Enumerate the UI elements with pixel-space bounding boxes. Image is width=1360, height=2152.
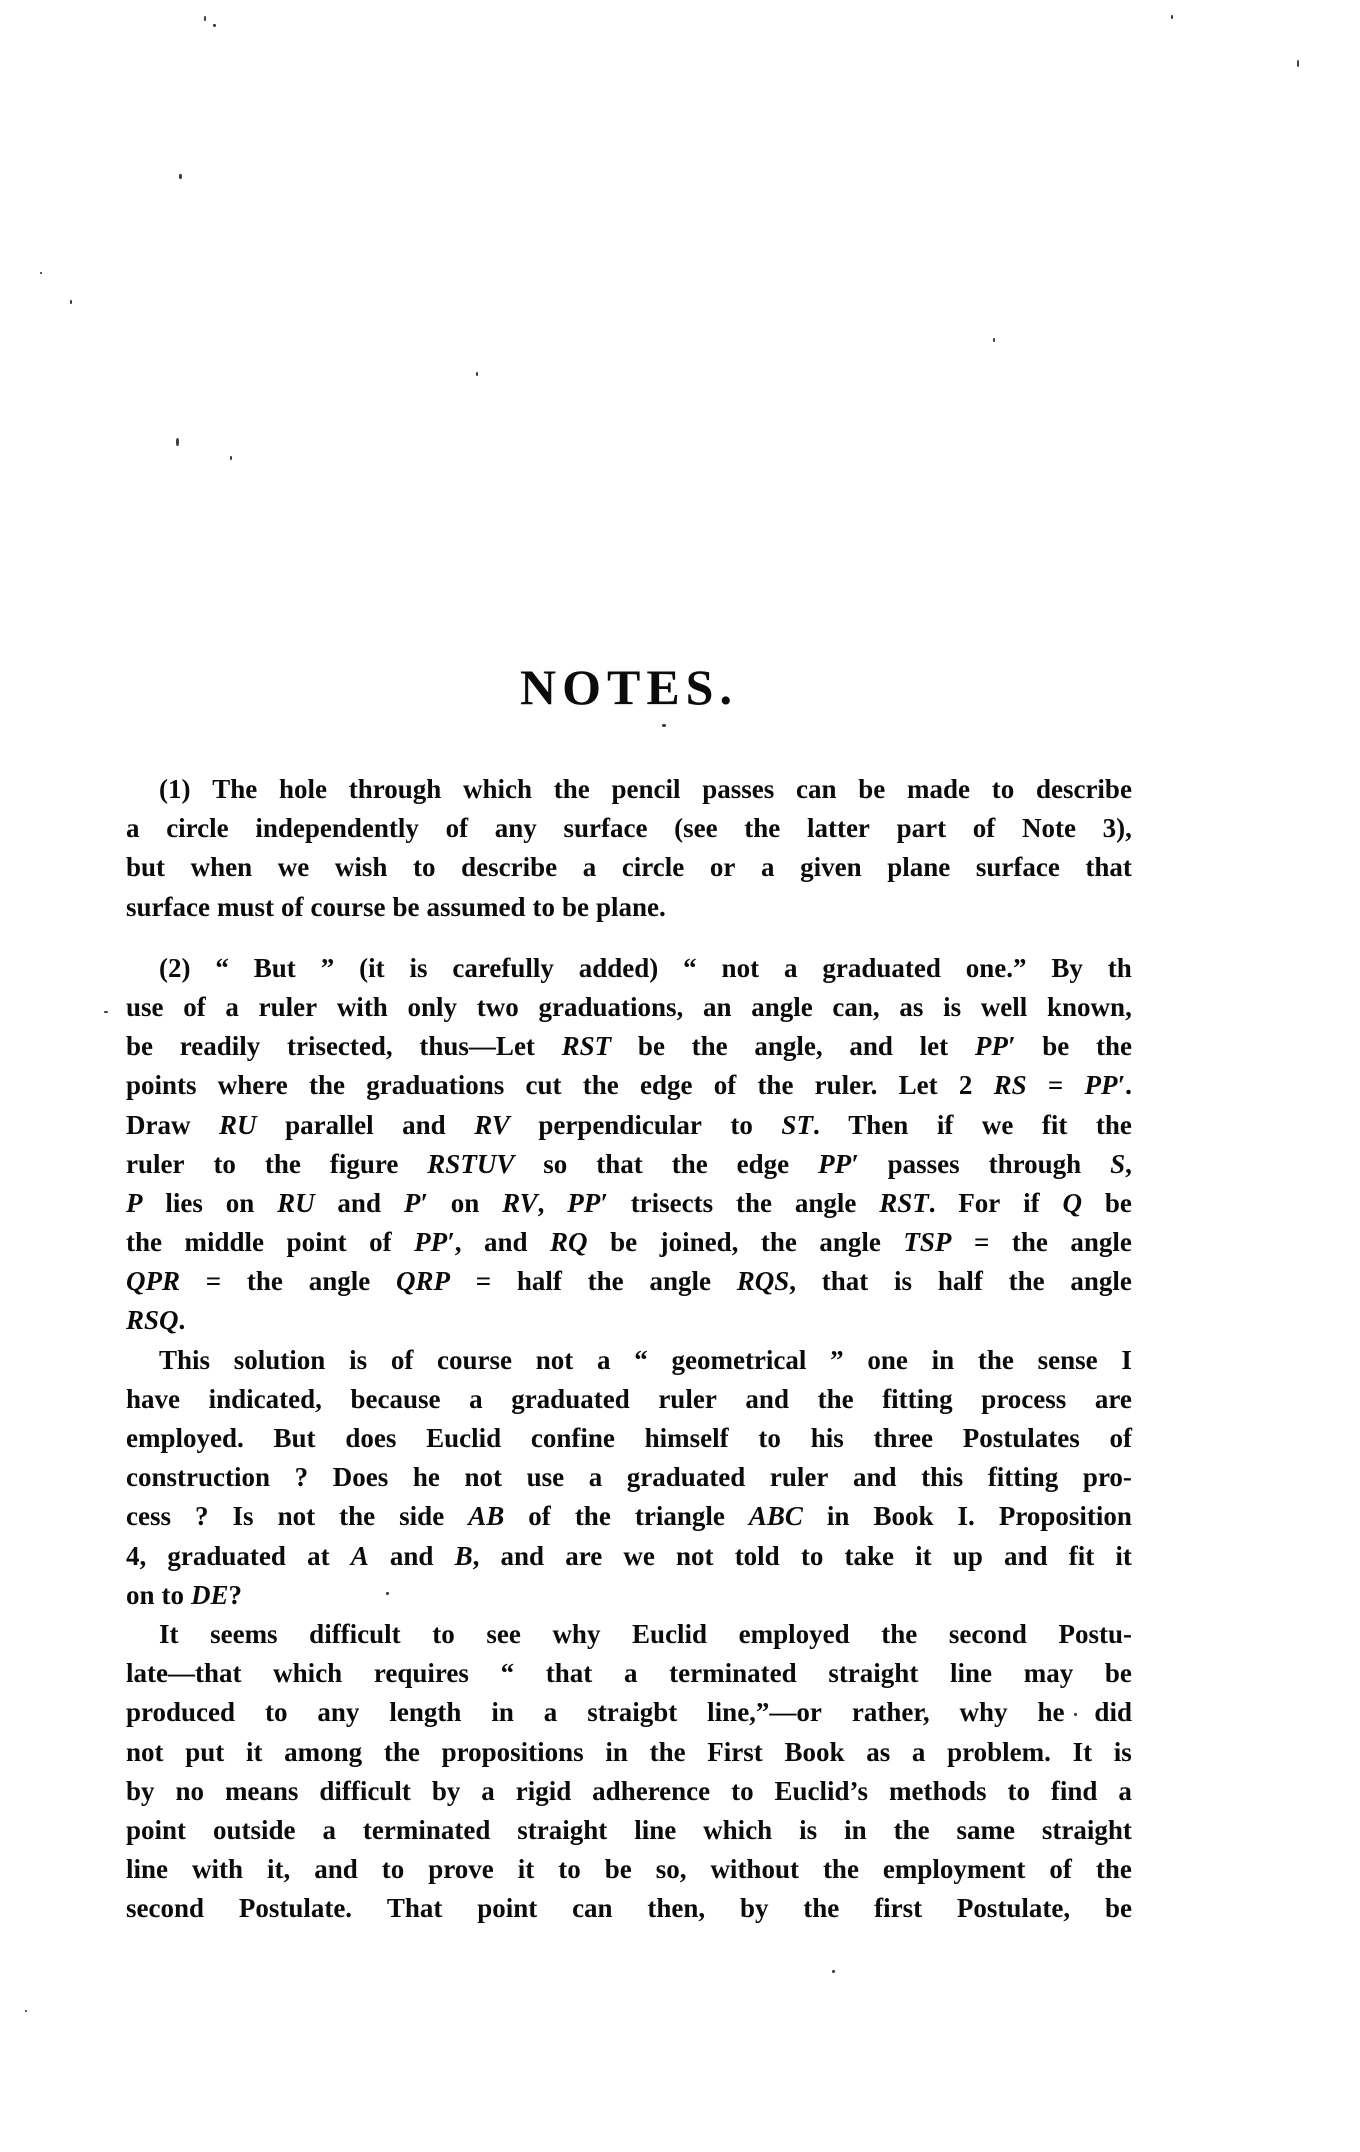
word: process bbox=[981, 1380, 1066, 1419]
word: one bbox=[867, 1341, 908, 1380]
word: thus—Let bbox=[419, 1027, 535, 1066]
word: plane. bbox=[596, 888, 666, 927]
word: take bbox=[845, 1537, 895, 1576]
paragraph: (2)“But”(itiscarefullyadded)“notagraduat… bbox=[126, 949, 1132, 1341]
word: can bbox=[796, 770, 837, 809]
text-line: DrawRUparallelandRVperpendiculartoST.The… bbox=[126, 1106, 1132, 1145]
word: indicated, bbox=[209, 1380, 322, 1419]
word: it, bbox=[267, 1850, 290, 1889]
word: of bbox=[391, 1341, 414, 1380]
word: the bbox=[1096, 1850, 1132, 1889]
word: if bbox=[1023, 1184, 1040, 1223]
text-line: ontoDE? bbox=[126, 1576, 1132, 1615]
scan-speck bbox=[1171, 15, 1173, 19]
word: adherence bbox=[592, 1772, 710, 1811]
word: given bbox=[800, 848, 862, 887]
word: Euclid’s bbox=[775, 1772, 869, 1811]
word: to bbox=[533, 888, 556, 927]
word: surface bbox=[126, 888, 210, 927]
word: RSTUV bbox=[427, 1145, 514, 1184]
word: not bbox=[676, 1537, 714, 1576]
word: It bbox=[159, 1615, 179, 1654]
text-block: (1)Theholethroughwhichthepencilpassescan… bbox=[126, 770, 1132, 1928]
word: the bbox=[588, 1262, 624, 1301]
word: that bbox=[546, 1654, 593, 1693]
word: ” bbox=[830, 1341, 844, 1380]
word: a bbox=[597, 1341, 611, 1380]
word: that bbox=[822, 1262, 869, 1301]
word: = bbox=[476, 1262, 491, 1301]
word: angle bbox=[1070, 1262, 1132, 1301]
word: graduated bbox=[627, 1458, 746, 1497]
scan-speck bbox=[179, 174, 182, 179]
word: that bbox=[596, 1145, 643, 1184]
word: Let bbox=[899, 1066, 938, 1105]
word: and bbox=[849, 1027, 893, 1066]
word: on bbox=[126, 1576, 155, 1615]
word: must bbox=[217, 888, 274, 927]
text-line: bynomeansdifficultbyarigidadherencetoEuc… bbox=[126, 1772, 1132, 1811]
word: then, bbox=[647, 1889, 705, 1928]
word: RU bbox=[219, 1106, 257, 1145]
word: RU bbox=[277, 1184, 315, 1223]
word: if bbox=[937, 1106, 954, 1145]
word: ? bbox=[295, 1458, 309, 1497]
text-line: useofarulerwithonlytwograduations,anangl… bbox=[126, 988, 1132, 1027]
word: AB bbox=[468, 1497, 504, 1536]
word: course bbox=[310, 888, 385, 927]
word: a bbox=[761, 848, 775, 887]
word: means bbox=[225, 1772, 299, 1811]
text-line: RSQ. bbox=[126, 1301, 1132, 1340]
word: construction bbox=[126, 1458, 270, 1497]
word: of bbox=[528, 1497, 551, 1536]
scan-speck bbox=[662, 724, 666, 727]
word: of bbox=[183, 988, 206, 1027]
word: course bbox=[437, 1341, 512, 1380]
word: straigbt bbox=[587, 1693, 677, 1732]
word: any bbox=[495, 809, 537, 848]
word: prove bbox=[428, 1850, 494, 1889]
word: which bbox=[703, 1811, 772, 1850]
word: be bbox=[1042, 1027, 1069, 1066]
word: to bbox=[413, 848, 436, 887]
word: I bbox=[1121, 1341, 1132, 1380]
word: because bbox=[350, 1380, 440, 1419]
scan-speck bbox=[993, 338, 995, 342]
word: be bbox=[610, 1223, 637, 1262]
paragraph: ItseemsdifficulttoseewhyEuclidemployedth… bbox=[126, 1615, 1132, 1929]
page-title: NOTES. bbox=[126, 657, 1132, 717]
word: passes bbox=[888, 1145, 960, 1184]
text-line: 4,graduatedatAandB,andarewenottoldtotake… bbox=[126, 1537, 1132, 1576]
word: it bbox=[518, 1850, 535, 1889]
word: of bbox=[369, 1223, 392, 1262]
word: did bbox=[1094, 1693, 1132, 1732]
word: any bbox=[317, 1693, 359, 1732]
word: use bbox=[527, 1458, 565, 1497]
word: RST bbox=[562, 1027, 612, 1066]
word: line bbox=[126, 1850, 168, 1889]
word: “ bbox=[683, 949, 697, 988]
word: among bbox=[284, 1733, 362, 1772]
word: not bbox=[536, 1341, 574, 1380]
word: S, bbox=[1110, 1145, 1132, 1184]
scan-speck bbox=[230, 456, 232, 460]
scan-speck bbox=[476, 372, 478, 376]
word: by bbox=[432, 1772, 461, 1811]
word: RQ bbox=[550, 1223, 588, 1262]
word: plane bbox=[887, 848, 950, 887]
text-line: bereadilytrisected,thus—LetRSTbetheangle… bbox=[126, 1027, 1132, 1066]
word: as bbox=[866, 1733, 890, 1772]
word: so bbox=[543, 1145, 567, 1184]
word: on bbox=[451, 1184, 480, 1223]
word: no bbox=[175, 1772, 204, 1811]
word: in bbox=[844, 1811, 867, 1850]
word: length bbox=[389, 1693, 461, 1732]
word: in bbox=[827, 1497, 850, 1536]
word: difficult bbox=[319, 1772, 411, 1811]
text-line: late—thatwhichrequires“thataterminatedst… bbox=[126, 1654, 1132, 1693]
text-line: butwhenwewishtodescribeacircleoragivenpl… bbox=[126, 848, 1132, 887]
text-line: producedtoanylengthinastraigbtline,”—orr… bbox=[126, 1693, 1132, 1732]
word: graduated bbox=[822, 949, 941, 988]
word: Book bbox=[784, 1733, 844, 1772]
text-line: themiddlepointofPP′,andRQbejoined,theang… bbox=[126, 1223, 1132, 1262]
word: not bbox=[278, 1497, 316, 1536]
text-line: Thissolutionisofcoursenota“geometrical”o… bbox=[126, 1341, 1132, 1380]
word: to bbox=[731, 1772, 754, 1811]
word: confine bbox=[531, 1419, 615, 1458]
word: to bbox=[213, 1145, 236, 1184]
word: the bbox=[672, 1145, 708, 1184]
word: of bbox=[446, 809, 469, 848]
word: methods bbox=[889, 1772, 987, 1811]
word: have bbox=[126, 1380, 180, 1419]
word: outside bbox=[213, 1811, 296, 1850]
word: we bbox=[982, 1106, 1013, 1145]
word: the bbox=[583, 1066, 619, 1105]
word: (see bbox=[674, 809, 717, 848]
word: when bbox=[191, 848, 253, 887]
word: without bbox=[710, 1850, 799, 1889]
text-line: secondPostulate.Thatpointcanthen,bythefi… bbox=[126, 1889, 1132, 1928]
word: be bbox=[126, 1027, 153, 1066]
word: and bbox=[337, 1184, 381, 1223]
word: in bbox=[491, 1693, 514, 1732]
word: known, bbox=[1047, 988, 1132, 1027]
word: we bbox=[278, 848, 309, 887]
word: angle bbox=[309, 1262, 371, 1301]
word: ? bbox=[195, 1497, 209, 1536]
word: to bbox=[758, 1419, 781, 1458]
word: joined, bbox=[660, 1223, 739, 1262]
word: the bbox=[309, 1066, 345, 1105]
word: surface bbox=[563, 809, 647, 848]
word: to bbox=[558, 1850, 581, 1889]
word: terminated bbox=[363, 1811, 490, 1850]
word: PP′, bbox=[414, 1223, 461, 1262]
word: Does bbox=[333, 1458, 389, 1497]
word: terminated bbox=[669, 1654, 796, 1693]
word: pencil bbox=[612, 770, 681, 809]
word: But bbox=[274, 1419, 316, 1458]
word: ” bbox=[321, 949, 335, 988]
word: the bbox=[1012, 1223, 1048, 1262]
word: two bbox=[477, 988, 519, 1027]
word: see bbox=[486, 1615, 520, 1654]
word: line bbox=[634, 1811, 676, 1850]
word: which bbox=[463, 770, 532, 809]
word: edge bbox=[640, 1066, 692, 1105]
word: the bbox=[384, 1733, 420, 1772]
word: Euclid bbox=[632, 1615, 707, 1654]
word: = bbox=[974, 1223, 989, 1262]
word: RV, bbox=[502, 1184, 544, 1223]
word: and bbox=[314, 1850, 358, 1889]
word: that bbox=[1085, 848, 1132, 887]
word: to bbox=[730, 1106, 753, 1145]
word: up bbox=[953, 1537, 983, 1576]
scan-speck bbox=[70, 300, 72, 304]
text-line: pointswherethegraduationscuttheedgeofthe… bbox=[126, 1066, 1132, 1105]
word: angle bbox=[795, 1184, 857, 1223]
word: the bbox=[265, 1145, 301, 1184]
word: surface bbox=[976, 848, 1060, 887]
word: be bbox=[562, 888, 589, 927]
word: point bbox=[287, 1223, 347, 1262]
word: graduated bbox=[511, 1380, 630, 1419]
word: hole bbox=[279, 770, 327, 809]
text-line: ItseemsdifficulttoseewhyEuclidemployedth… bbox=[126, 1615, 1132, 1654]
word: RV bbox=[474, 1106, 510, 1145]
word: By bbox=[1051, 949, 1083, 988]
word: can bbox=[572, 1889, 613, 1928]
word: RQS, bbox=[737, 1262, 796, 1301]
word: 2 bbox=[959, 1066, 973, 1105]
word: be bbox=[638, 1027, 665, 1066]
text-line: cess?IsnotthesideABofthetriangleABCinBoo… bbox=[126, 1497, 1132, 1536]
word: = bbox=[1048, 1066, 1063, 1105]
word: That bbox=[387, 1889, 443, 1928]
word: DE? bbox=[191, 1576, 242, 1615]
word: at bbox=[307, 1537, 330, 1576]
word: employment bbox=[883, 1850, 1025, 1889]
word: 4, bbox=[126, 1537, 146, 1576]
word: Q bbox=[1062, 1184, 1082, 1223]
word: a bbox=[784, 949, 798, 988]
word: I. bbox=[958, 1497, 975, 1536]
word: P′ bbox=[404, 1184, 428, 1223]
word: Draw bbox=[126, 1106, 190, 1145]
word: (it bbox=[359, 949, 384, 988]
word: fit bbox=[1042, 1106, 1067, 1145]
word: made bbox=[907, 770, 970, 809]
word: find bbox=[1051, 1772, 1098, 1811]
word: ruler bbox=[259, 988, 317, 1027]
word: his bbox=[811, 1419, 844, 1458]
scan-speck bbox=[25, 2010, 27, 2012]
word: the bbox=[757, 1066, 793, 1105]
word: be bbox=[1105, 1889, 1132, 1928]
word: be bbox=[1105, 1654, 1132, 1693]
word: “ bbox=[501, 1654, 515, 1693]
word: to bbox=[801, 1537, 824, 1576]
word: graduations, bbox=[538, 988, 683, 1027]
word: with bbox=[337, 988, 388, 1027]
word: not bbox=[126, 1733, 164, 1772]
word: point bbox=[126, 1811, 186, 1850]
word: perpendicular bbox=[538, 1106, 702, 1145]
word: to bbox=[382, 1850, 405, 1889]
word: RSQ. bbox=[126, 1301, 185, 1340]
word: Then bbox=[848, 1106, 908, 1145]
word: use bbox=[126, 988, 164, 1027]
word: seems bbox=[210, 1615, 277, 1654]
word: well bbox=[981, 988, 1028, 1027]
word: Postulate, bbox=[957, 1889, 1070, 1928]
word: circle bbox=[166, 809, 228, 848]
scanned-book-page: NOTES. (1)Theholethroughwhichthepencilpa… bbox=[0, 0, 1360, 2152]
word: is bbox=[409, 949, 427, 988]
word: Book bbox=[873, 1497, 933, 1536]
word: be bbox=[1105, 1184, 1132, 1223]
word: not bbox=[722, 949, 760, 988]
word: fitting bbox=[988, 1458, 1059, 1497]
word: describe bbox=[461, 848, 557, 887]
word: why bbox=[960, 1693, 1008, 1732]
word: Postu- bbox=[1058, 1615, 1132, 1654]
paragraph: Thissolutionisofcoursenota“geometrical”o… bbox=[126, 1341, 1132, 1615]
word: it bbox=[915, 1537, 932, 1576]
word: is bbox=[349, 1341, 367, 1380]
word: geometrical bbox=[671, 1341, 806, 1380]
word: be bbox=[858, 770, 885, 809]
word: by bbox=[740, 1889, 769, 1928]
word: (1) bbox=[159, 770, 190, 809]
word: 3), bbox=[1103, 809, 1132, 848]
word: to bbox=[162, 1576, 185, 1615]
word: = bbox=[206, 1262, 221, 1301]
word: passes bbox=[702, 770, 774, 809]
word: trisects bbox=[631, 1184, 713, 1223]
word: triangle bbox=[635, 1497, 725, 1536]
word: and bbox=[402, 1106, 446, 1145]
scan-speck bbox=[213, 24, 216, 27]
word: circle bbox=[622, 848, 684, 887]
word: and bbox=[1004, 1537, 1048, 1576]
text-line: notputitamongthepropositionsintheFirstBo… bbox=[126, 1733, 1132, 1772]
word: but bbox=[126, 848, 165, 887]
word: ABC bbox=[749, 1497, 803, 1536]
word: half bbox=[938, 1262, 983, 1301]
word: are bbox=[1095, 1380, 1132, 1419]
word: assumed bbox=[426, 888, 525, 927]
word: a bbox=[1118, 1772, 1132, 1811]
text-line: (2)“But”(itiscarefullyadded)“notagraduat… bbox=[126, 949, 1132, 988]
word: (2) bbox=[159, 949, 190, 988]
word: employed bbox=[739, 1615, 850, 1654]
word: edge bbox=[737, 1145, 789, 1184]
word: in bbox=[605, 1733, 628, 1772]
word: on bbox=[226, 1184, 255, 1223]
word: does bbox=[345, 1419, 396, 1458]
word: he bbox=[413, 1458, 440, 1497]
word: side bbox=[399, 1497, 444, 1536]
word: the bbox=[1009, 1262, 1045, 1301]
word: the bbox=[761, 1223, 797, 1262]
word: middle bbox=[185, 1223, 265, 1262]
word: graduated bbox=[167, 1537, 286, 1576]
word: through bbox=[989, 1145, 1082, 1184]
word: a bbox=[322, 1811, 336, 1850]
word: can, bbox=[832, 988, 879, 1027]
word: of bbox=[1049, 1850, 1072, 1889]
word: PP′ bbox=[975, 1027, 1016, 1066]
text-line: (1)Theholethroughwhichthepencilpassescan… bbox=[126, 770, 1132, 809]
word: a bbox=[624, 1654, 638, 1693]
word: Note bbox=[1022, 809, 1076, 848]
word: a bbox=[544, 1693, 558, 1732]
word: fit bbox=[1069, 1537, 1094, 1576]
word: th bbox=[1108, 949, 1132, 988]
word: with bbox=[192, 1850, 243, 1889]
word: But bbox=[254, 949, 296, 988]
word: added) bbox=[579, 949, 659, 988]
word: is bbox=[1114, 1733, 1132, 1772]
word: first bbox=[874, 1889, 922, 1928]
word: a bbox=[589, 1458, 603, 1497]
word: put bbox=[185, 1733, 224, 1772]
word: this bbox=[921, 1458, 963, 1497]
text-line: construction?Doeshenotuseagraduatedruler… bbox=[126, 1458, 1132, 1497]
scan-speck bbox=[204, 16, 206, 21]
word: only bbox=[408, 988, 458, 1027]
word: parallel bbox=[285, 1106, 374, 1145]
word: be bbox=[605, 1850, 632, 1889]
word: through bbox=[349, 770, 442, 809]
word: This bbox=[159, 1341, 210, 1380]
text-line: rulertothefigureRSTUVsothattheedgePP′pas… bbox=[126, 1145, 1132, 1184]
word: problem. bbox=[947, 1733, 1051, 1772]
word: of bbox=[281, 888, 304, 927]
word: and bbox=[745, 1380, 789, 1419]
word: the bbox=[894, 1811, 930, 1850]
word: fitting bbox=[882, 1380, 953, 1419]
word: in bbox=[932, 1341, 955, 1380]
word: second bbox=[126, 1889, 204, 1928]
word: as bbox=[899, 988, 923, 1027]
word: cut bbox=[526, 1066, 562, 1105]
word: the bbox=[823, 1850, 859, 1889]
scan-speck bbox=[104, 1011, 108, 1013]
word: describe bbox=[1036, 770, 1132, 809]
word: point bbox=[477, 1889, 537, 1928]
word: of bbox=[1110, 1419, 1133, 1458]
word: latter bbox=[807, 809, 870, 848]
word: or bbox=[710, 848, 735, 887]
text-line: surfacemustofcoursebeassumedtobeplane. bbox=[126, 888, 1132, 927]
word: TSP bbox=[903, 1223, 951, 1262]
word: the bbox=[339, 1497, 375, 1536]
word: First bbox=[707, 1733, 762, 1772]
word: angle, bbox=[754, 1027, 822, 1066]
word: straight bbox=[517, 1811, 607, 1850]
word: straight bbox=[828, 1654, 918, 1693]
word: points bbox=[126, 1066, 197, 1105]
word: of bbox=[714, 1066, 737, 1105]
